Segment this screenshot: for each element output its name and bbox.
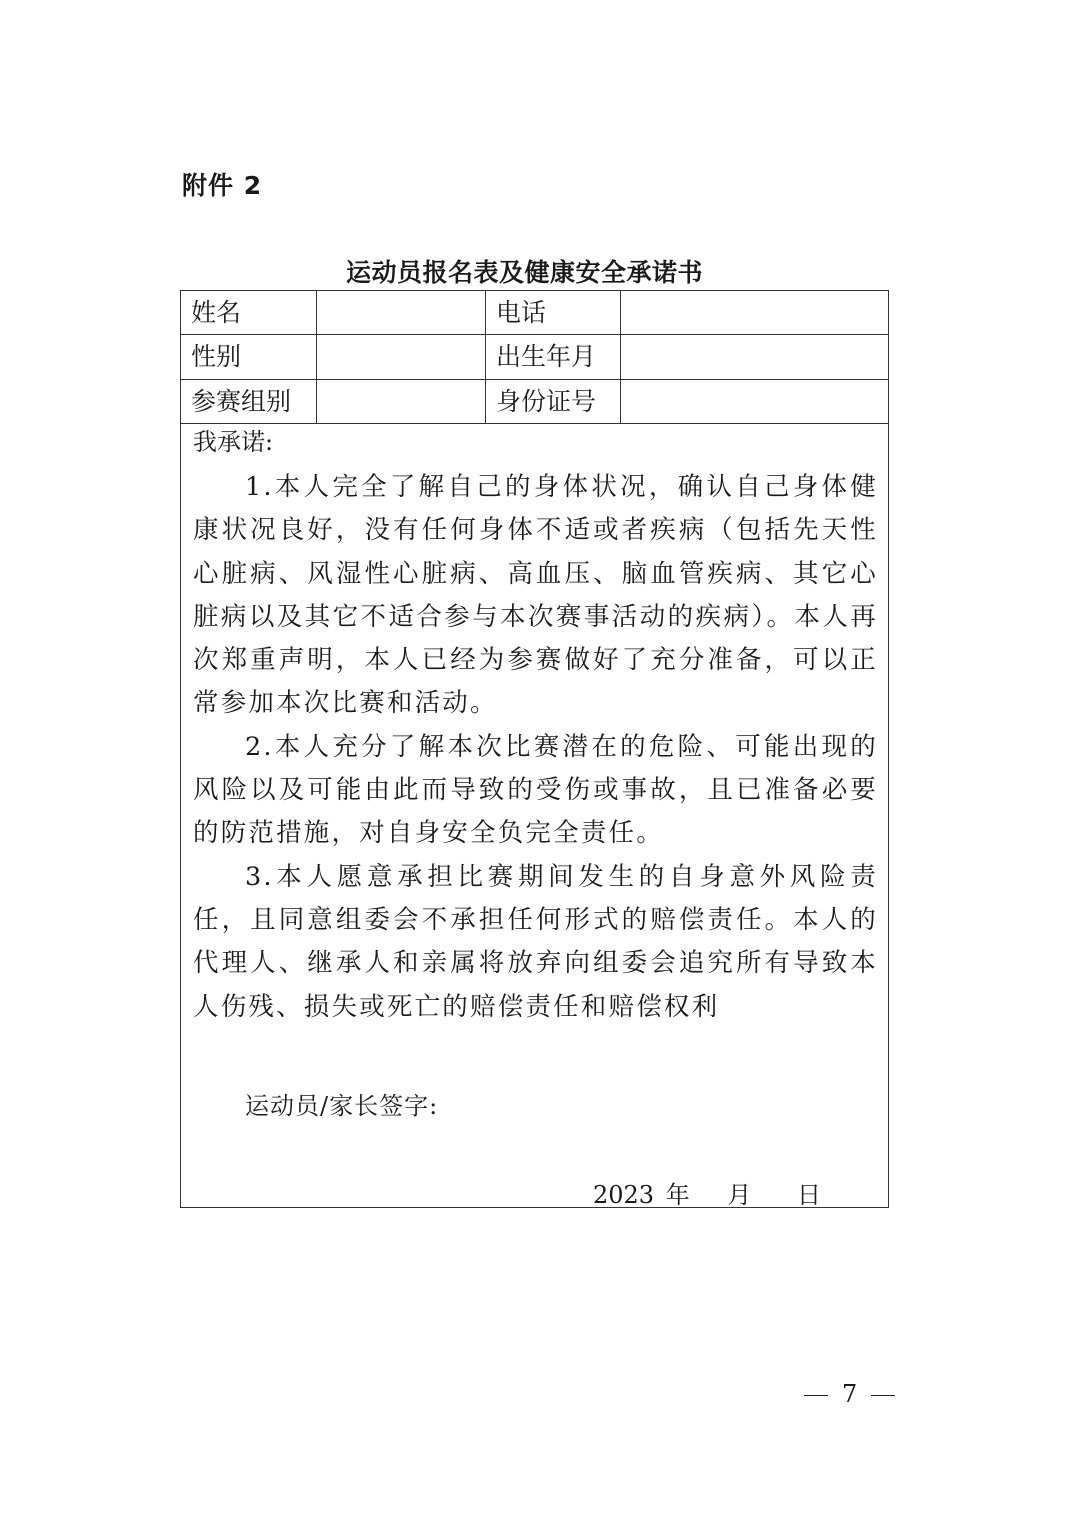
label-phone: 电话 (486, 291, 621, 334)
signature-label: 运动员/家长签字: (245, 1086, 438, 1121)
form-row-group-id: 参赛组别 身份证号 (181, 380, 888, 424)
document-title: 运动员报名表及健康安全承诺书 (346, 253, 703, 289)
dash-left (804, 1395, 828, 1396)
registration-form-table: 姓名 电话 性别 出生年月 参赛组别 身份证号 我承诺: 1.本人完全了解自己的… (180, 290, 889, 1208)
form-row-name-phone: 姓名 电话 (181, 291, 888, 335)
date-line: 2023 年 月 日 (593, 1175, 821, 1210)
field-gender[interactable] (317, 335, 486, 379)
form-row-gender-birth: 性别 出生年月 (181, 335, 888, 380)
page-number-value: 7 (842, 1380, 857, 1408)
attachment-label: 附件 2 (182, 166, 262, 202)
label-birth-month: 出生年月 (486, 335, 621, 379)
date-month-unit: 月 (727, 1175, 751, 1210)
pledge-item-1: 1.本人完全了解自己的身体状况，确认自己身体健康状况良好，没有任何身体不适或者疾… (193, 466, 878, 726)
field-competition-group[interactable] (317, 380, 486, 423)
pledge-heading: 我承诺: (193, 426, 878, 458)
pledge-item-3: 3.本人愿意承担比赛期间发生的自身意外风险责任，且同意组委会不承担任何形式的赔偿… (193, 856, 878, 1029)
field-phone[interactable] (621, 291, 888, 334)
date-year: 2023 (593, 1181, 654, 1209)
pledge-item-2: 2.本人充分了解本次比赛潜在的危险、可能出现的风险以及可能由此而导致的受伤或事故… (193, 726, 878, 856)
label-name: 姓名 (181, 291, 317, 334)
label-id-number: 身份证号 (486, 380, 621, 423)
date-day-unit: 日 (797, 1175, 821, 1210)
label-competition-group: 参赛组别 (181, 380, 317, 423)
date-year-unit: 年 (666, 1175, 690, 1210)
field-name[interactable] (317, 291, 486, 334)
field-birth-month[interactable] (621, 335, 888, 379)
label-gender: 性别 (181, 335, 317, 379)
pledge-section: 我承诺: 1.本人完全了解自己的身体状况，确认自己身体健康状况良好，没有任何身体… (181, 424, 888, 1029)
page-number: 7 (790, 1380, 909, 1408)
dash-right (871, 1395, 895, 1396)
field-id-number[interactable] (621, 380, 888, 423)
